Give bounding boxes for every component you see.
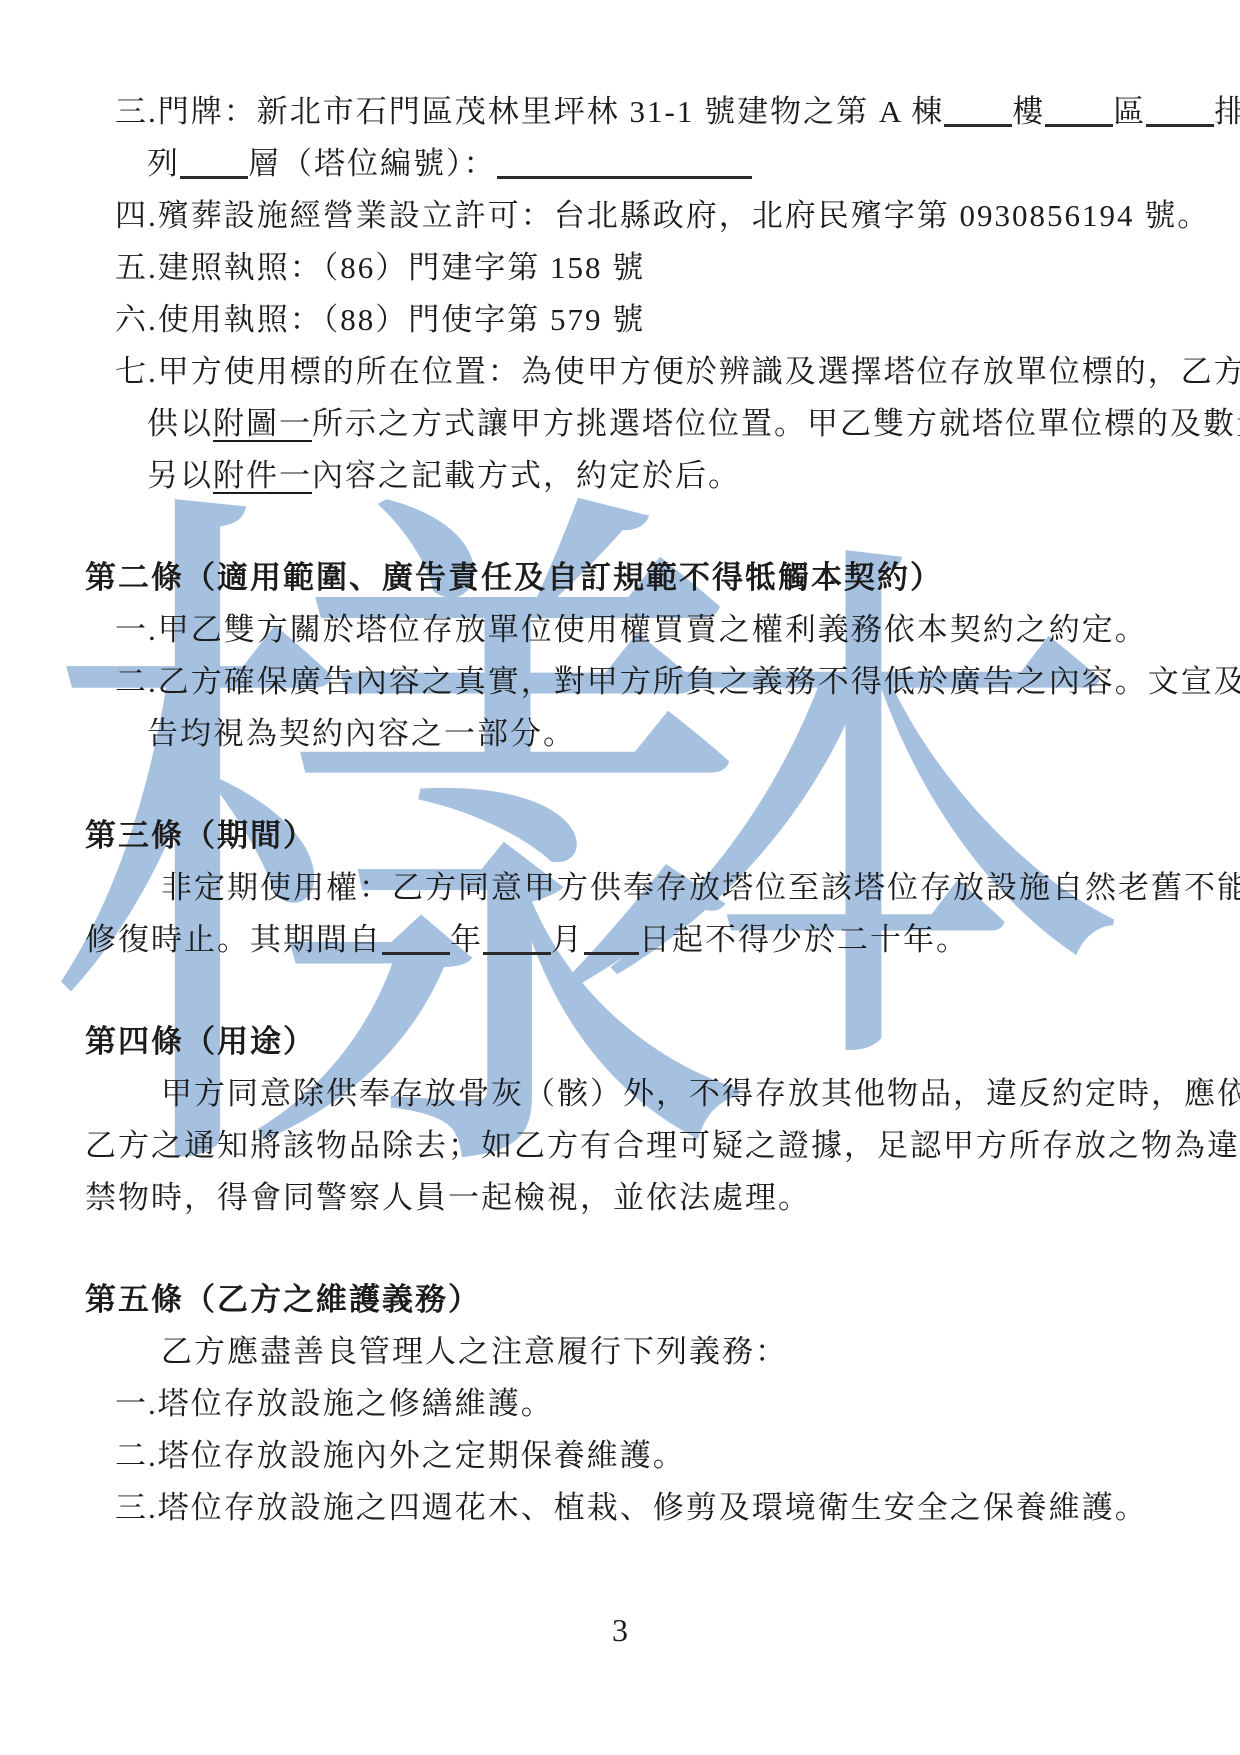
clause-heading: 第五條（乙方之維護義務） <box>85 1274 1160 1326</box>
text-segment: 七.甲方使用標的所在位置：為使甲方便於辨識及選擇塔位存放單位標的，乙方提 <box>115 354 1240 389</box>
text-line: 另以附件一內容之記載方式，約定於后。 <box>85 450 1160 502</box>
blank-field <box>382 922 450 955</box>
text-line: 一.塔位存放設施之修繕維護。 <box>85 1378 1160 1430</box>
text-segment: 樓 <box>1012 94 1045 129</box>
text-segment: 一.塔位存放設施之修繕維護。 <box>115 1386 554 1421</box>
document-lines: 三.門牌：新北市石門區茂林里坪林 31-1 號建物之第 A 棟樓區排列層（塔位編… <box>85 86 1160 1534</box>
text-line: 二.乙方確保廣告內容之真實，對甲方所負之義務不得低於廣告之內容。文宣及廣 <box>85 656 1160 708</box>
text-segment: 區 <box>1113 94 1146 129</box>
blank-field <box>584 922 639 955</box>
text-segment: 二.塔位存放設施內外之定期保養維護。 <box>115 1438 686 1473</box>
line-gap <box>85 966 1160 1016</box>
contract-page: 樣 本 三.門牌：新北市石門區茂林里坪林 31-1 號建物之第 A 棟樓區排列層… <box>0 0 1240 1755</box>
text-segment: 五.建照執照：（86）門建字第 158 號 <box>115 250 645 285</box>
text-segment: 修復時止。其期間自 <box>85 922 382 957</box>
text-line: 告均視為契約內容之一部分。 <box>85 708 1160 760</box>
text-segment: 一.甲乙雙方關於塔位存放單位使用權買賣之權利義務依本契約之約定。 <box>115 612 1148 647</box>
text-segment: 日起不得少於二十年。 <box>639 922 969 957</box>
clause-heading: 第二條（適用範圍、廣告責任及自訂規範不得牴觸本契約） <box>85 552 1160 604</box>
text-segment: 年 <box>450 922 483 957</box>
text-segment: 所示之方式讓甲方挑選塔位位置。甲乙雙方就塔位單位標的及數量， <box>312 406 1240 441</box>
text-line: 修復時止。其期間自年月日起不得少於二十年。 <box>85 914 1160 966</box>
text-segment: 告均視為契約內容之一部分。 <box>147 716 576 751</box>
text-segment: 第五條（乙方之維護義務） <box>85 1282 481 1317</box>
blank-field <box>1146 94 1214 127</box>
text-segment: 第四條（用途） <box>85 1024 316 1059</box>
text-line: 甲方同意除供奉存放骨灰（骸）外，不得存放其他物品，違反約定時，應依 <box>85 1068 1160 1120</box>
text-segment: 三.塔位存放設施之四週花木、植栽、修剪及環境衛生安全之保養維護。 <box>115 1490 1148 1525</box>
line-gap <box>85 502 1160 552</box>
text-segment: 三.門牌：新北市石門區茂林里坪林 31-1 號建物之第 A 棟 <box>115 94 944 129</box>
clause-heading: 第三條（期間） <box>85 810 1160 862</box>
text-segment: 非定期使用權：乙方同意甲方供奉存放塔位至該塔位存放設施自然老舊不能 <box>161 870 1240 905</box>
text-segment: 供以 <box>147 406 213 441</box>
text-segment: 禁物時，得會同警察人員一起檢視，並依法處理。 <box>85 1180 811 1215</box>
text-line: 供以附圖一所示之方式讓甲方挑選塔位位置。甲乙雙方就塔位單位標的及數量， <box>85 398 1160 450</box>
blank-field <box>497 146 752 179</box>
text-line: 非定期使用權：乙方同意甲方供奉存放塔位至該塔位存放設施自然老舊不能 <box>85 862 1160 914</box>
text-line: 一.甲乙雙方關於塔位存放單位使用權買賣之權利義務依本契約之約定。 <box>85 604 1160 656</box>
text-segment: 甲方同意除供奉存放骨灰（骸）外，不得存放其他物品，違反約定時，應依 <box>161 1076 1240 1111</box>
text-segment: 乙方應盡善良管理人之注意履行下列義務： <box>161 1334 788 1369</box>
text-line: 七.甲方使用標的所在位置：為使甲方便於辨識及選擇塔位存放單位標的，乙方提 <box>85 346 1160 398</box>
text-line: 禁物時，得會同警察人員一起檢視，並依法處理。 <box>85 1172 1160 1224</box>
text-line: 五.建照執照：（86）門建字第 158 號 <box>85 242 1160 294</box>
text-segment: 排 <box>1214 94 1240 129</box>
blank-field <box>180 146 248 179</box>
text-line: 列層（塔位編號）： <box>85 138 1160 190</box>
text-segment: 列 <box>147 146 180 181</box>
text-segment: 六.使用執照：（88）門使字第 579 號 <box>115 302 645 337</box>
text-line: 乙方之通知將該物品除去；如乙方有合理可疑之證據，足認甲方所存放之物為違 <box>85 1120 1160 1172</box>
text-segment: 月 <box>551 922 584 957</box>
line-gap <box>85 760 1160 810</box>
text-line: 乙方應盡善良管理人之注意履行下列義務： <box>85 1326 1160 1378</box>
text-segment: 四.殯葬設施經營業設立許可：台北縣政府，北府民殯字第 0930856194 號。 <box>115 198 1210 233</box>
blank-field <box>483 922 551 955</box>
page-number: 3 <box>0 1612 1240 1649</box>
line-gap <box>85 1224 1160 1274</box>
text-segment: 二.乙方確保廣告內容之真實，對甲方所負之義務不得低於廣告之內容。文宣及廣 <box>115 664 1240 699</box>
text-line: 二.塔位存放設施內外之定期保養維護。 <box>85 1430 1160 1482</box>
blank-field <box>944 94 1012 127</box>
text-segment: 第三條（期間） <box>85 818 316 853</box>
blank-field <box>1045 94 1113 127</box>
text-segment: 內容之記載方式，約定於后。 <box>312 458 741 493</box>
underlined-term: 附圖一 <box>213 406 312 441</box>
text-line: 三.塔位存放設施之四週花木、植栽、修剪及環境衛生安全之保養維護。 <box>85 1482 1160 1534</box>
text-segment: 乙方之通知將該物品除去；如乙方有合理可疑之證據，足認甲方所存放之物為違 <box>85 1128 1240 1163</box>
text-segment: 第二條（適用範圍、廣告責任及自訂規範不得牴觸本契約） <box>85 560 943 595</box>
text-line: 三.門牌：新北市石門區茂林里坪林 31-1 號建物之第 A 棟樓區排 <box>85 86 1160 138</box>
text-segment: 另以 <box>147 458 213 493</box>
text-line: 六.使用執照：（88）門使字第 579 號 <box>85 294 1160 346</box>
underlined-term: 附件一 <box>213 458 312 493</box>
clause-heading: 第四條（用途） <box>85 1016 1160 1068</box>
text-line: 四.殯葬設施經營業設立許可：台北縣政府，北府民殯字第 0930856194 號。 <box>85 190 1160 242</box>
text-segment: 層（塔位編號）： <box>248 146 497 181</box>
